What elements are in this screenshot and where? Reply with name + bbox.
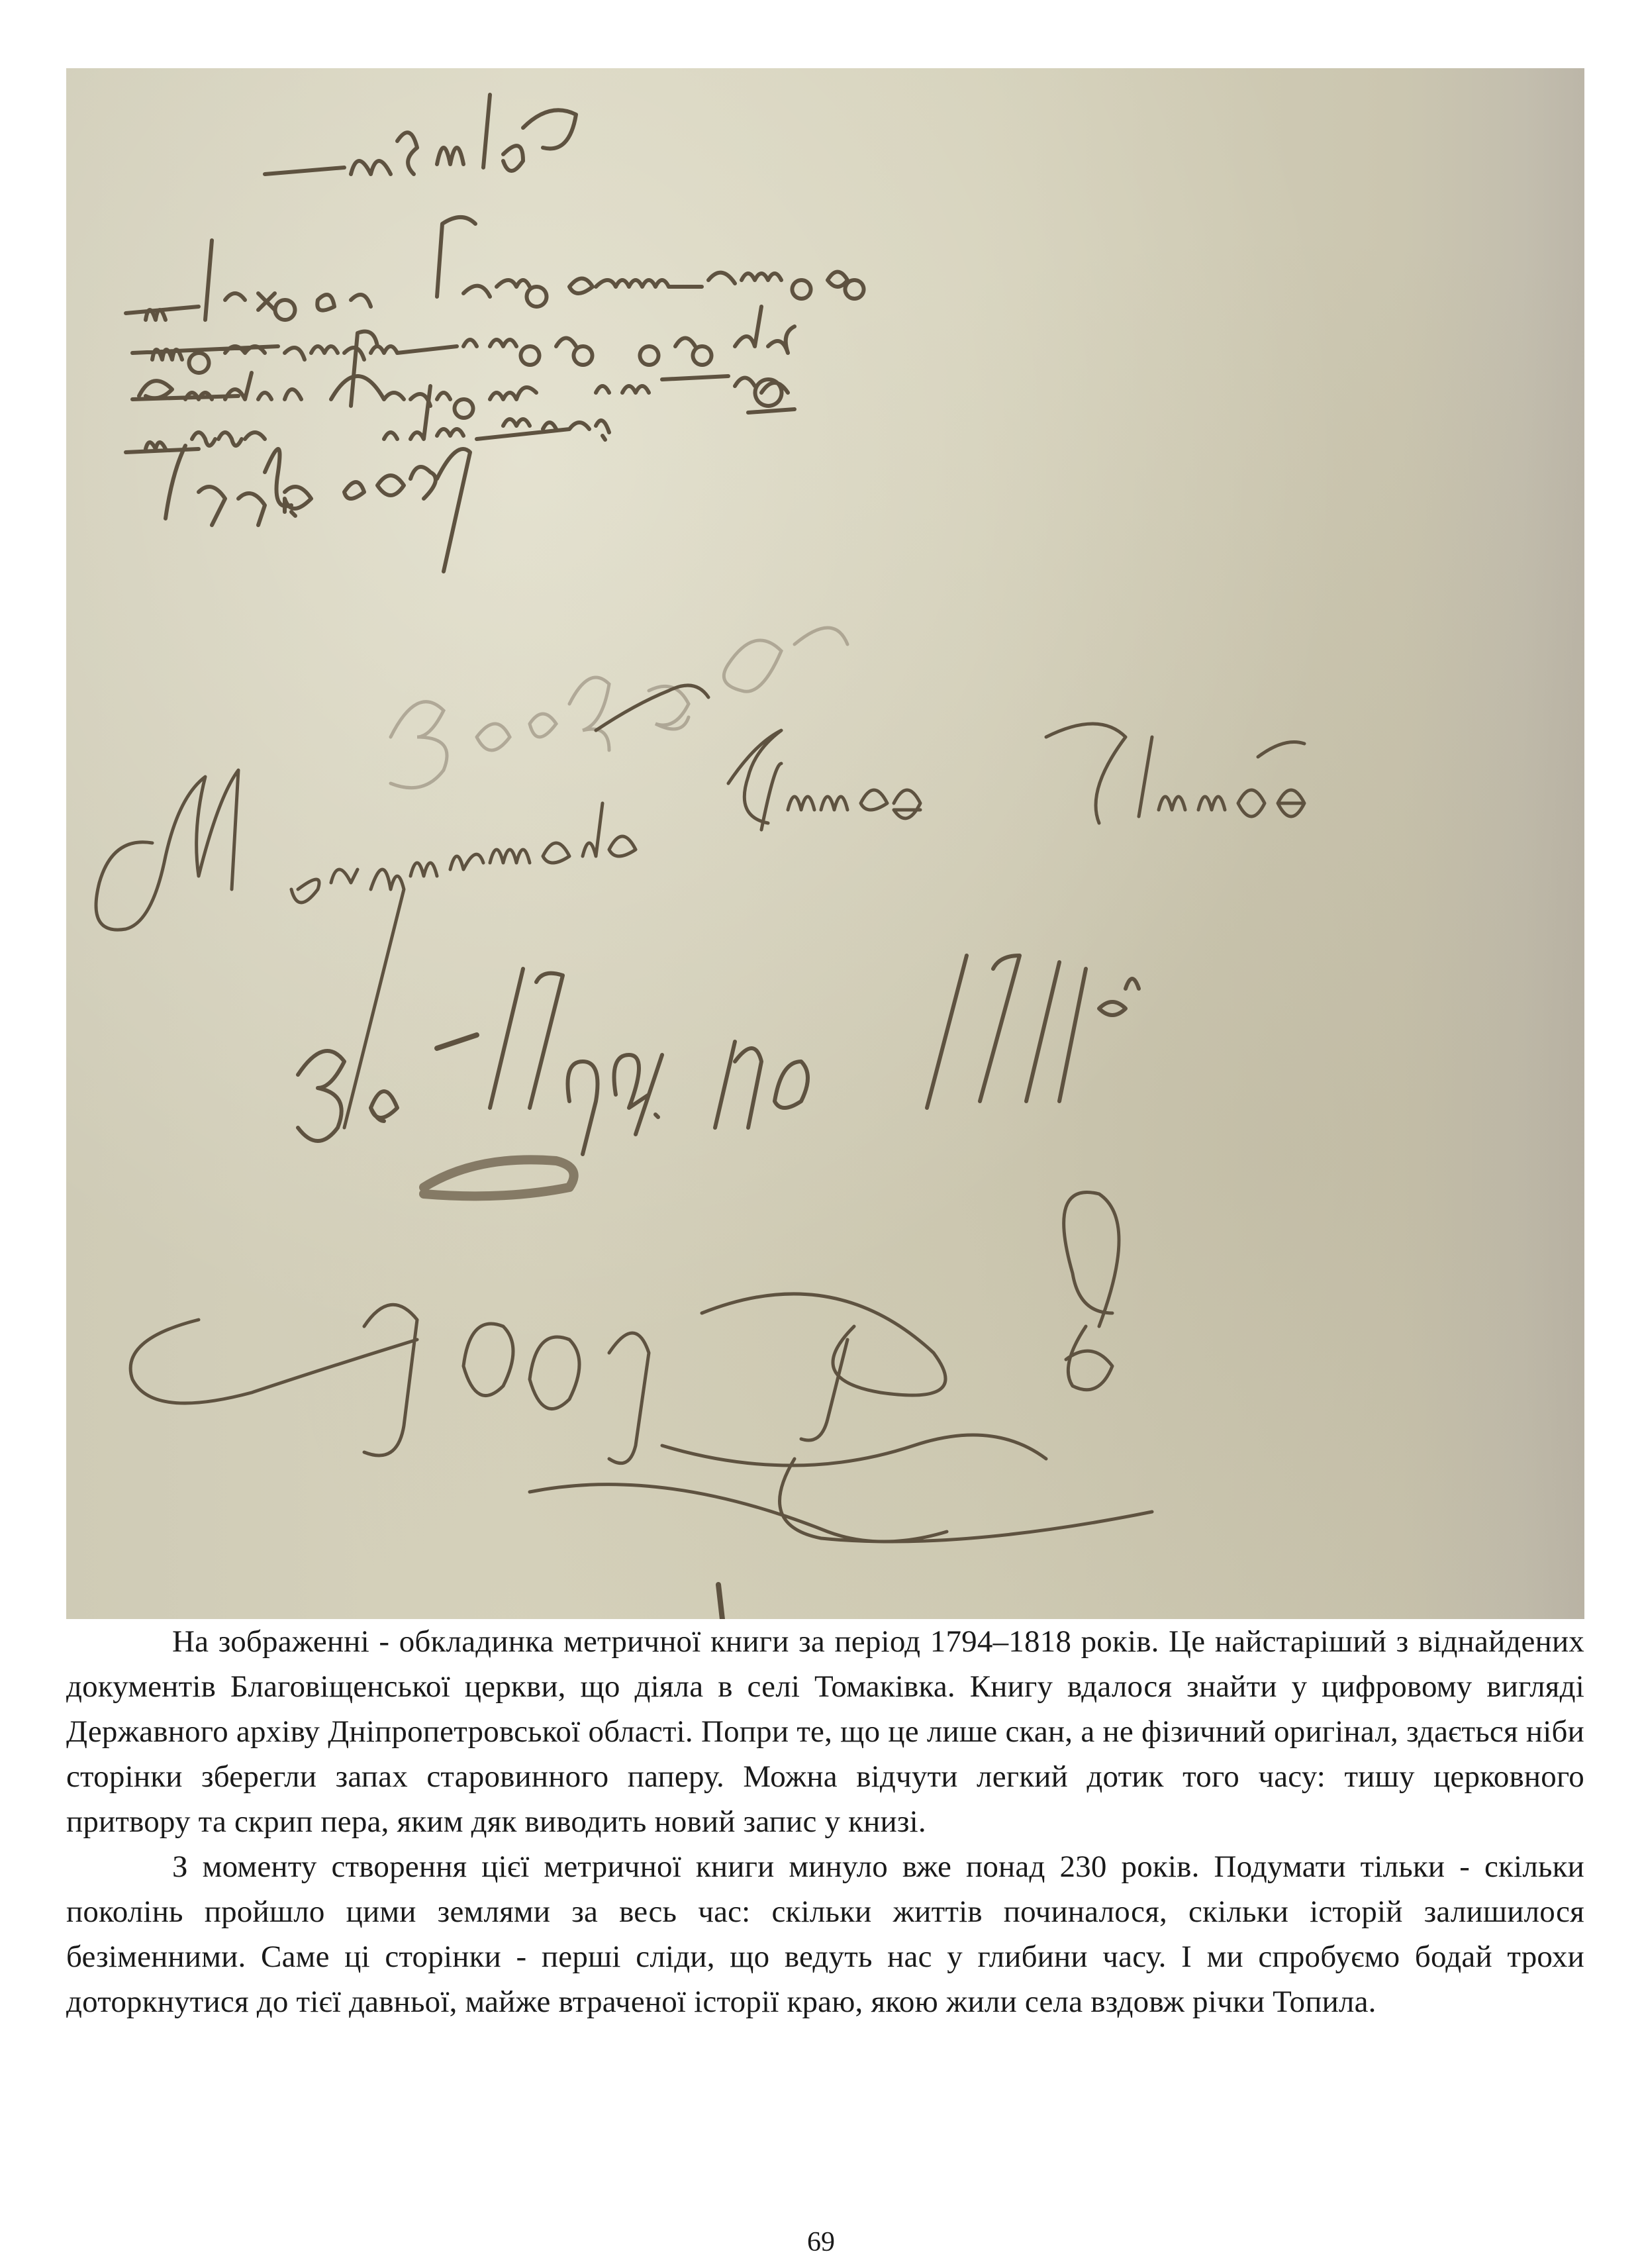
caption-paragraph: На зображенні - обкладинка метричної кни… bbox=[66, 1619, 1584, 1844]
caption-paragraph: З моменту створення цієї метричної книги… bbox=[66, 1844, 1584, 2024]
manuscript-scan-image bbox=[66, 68, 1584, 1619]
handwriting-illustration bbox=[66, 68, 1584, 1619]
ink-mark bbox=[718, 1585, 724, 1619]
caption-text: На зображенні - обкладинка метричної кни… bbox=[66, 1619, 1584, 2024]
handwritten-title-line2 bbox=[298, 956, 1139, 1196]
handwritten-header bbox=[126, 95, 864, 571]
handwritten-title-line3 bbox=[130, 1193, 1152, 1542]
handwritten-title-line1 bbox=[96, 685, 1304, 1128]
page-number: 69 bbox=[0, 2226, 1642, 2258]
book-page: На зображенні - обкладинка метричної кни… bbox=[0, 0, 1642, 2268]
handwritten-title-line1-right bbox=[1046, 724, 1304, 823]
